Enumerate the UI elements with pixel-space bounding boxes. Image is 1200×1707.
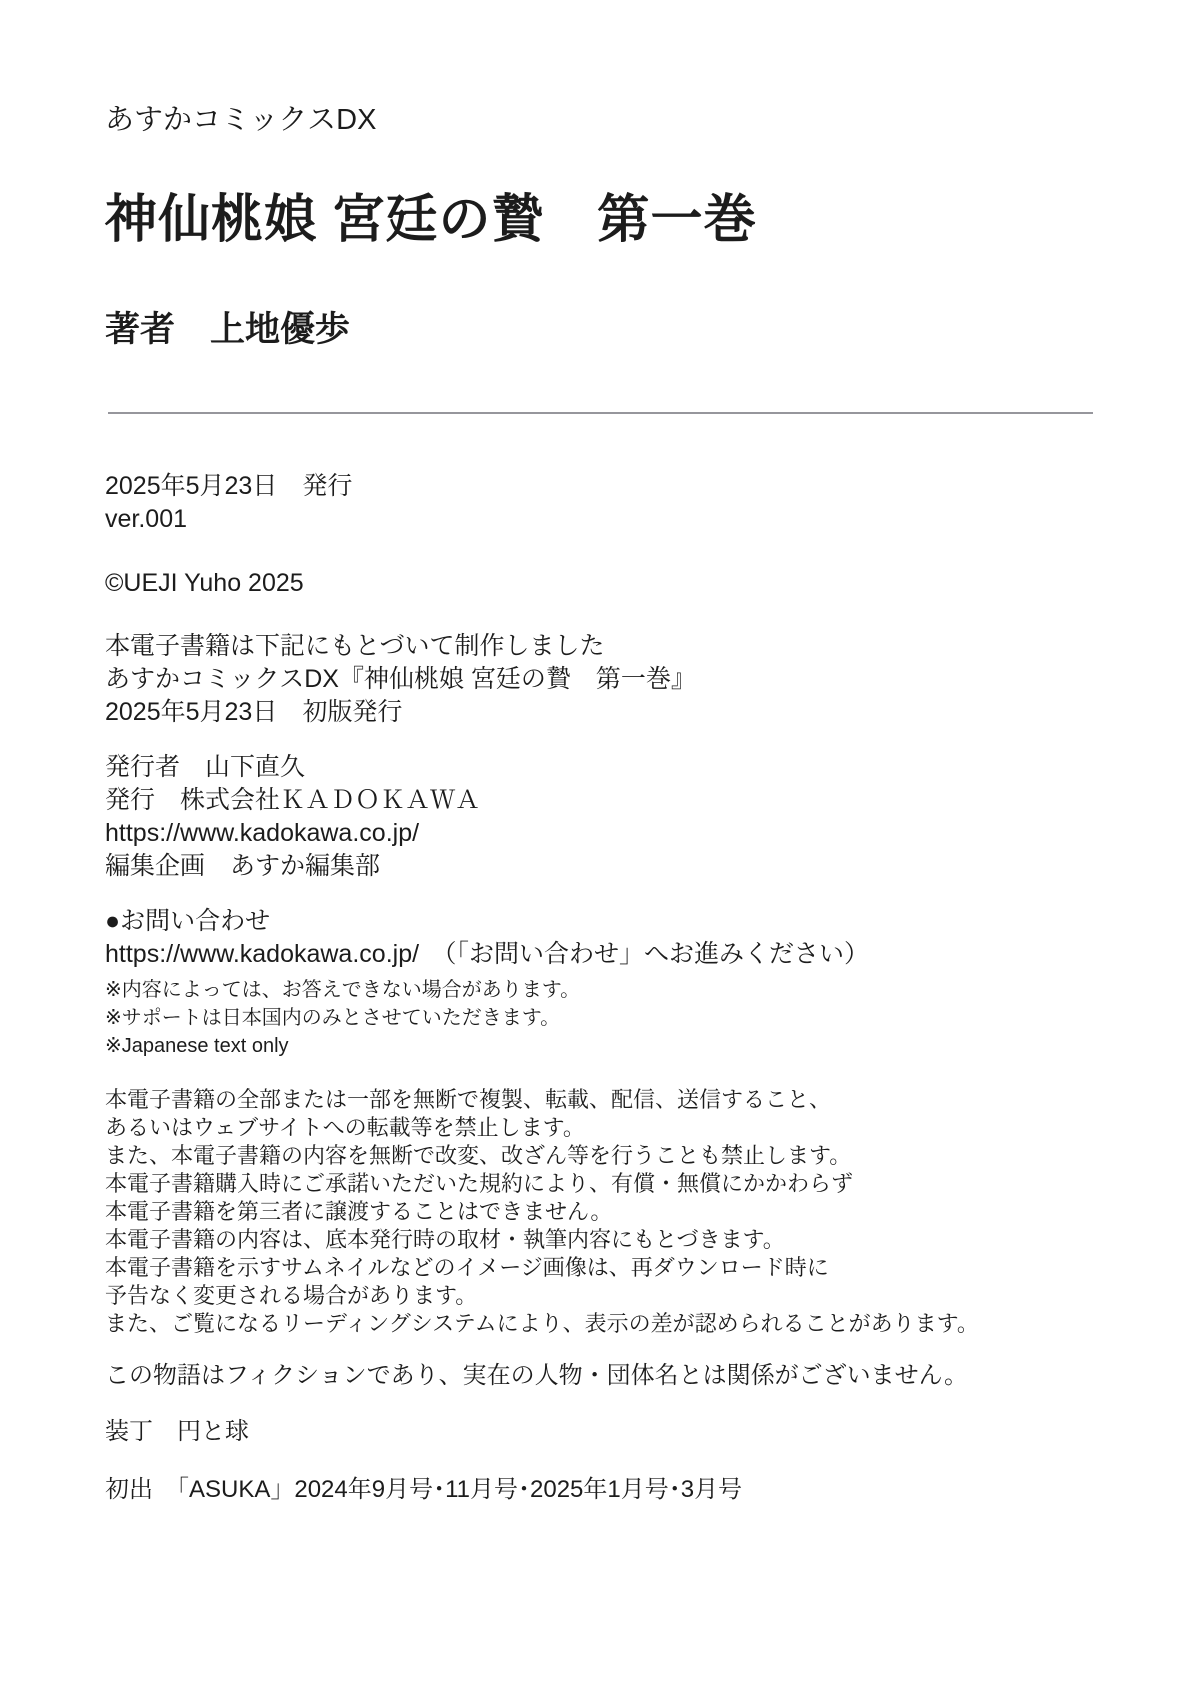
version-line: ver.001	[105, 503, 1095, 536]
imprint-label: あすかコミックスDX	[105, 102, 1095, 140]
rights-line: 本電子書籍を第三者に譲渡することはできません。	[105, 1198, 1095, 1226]
author-line: 著者 上地優歩	[105, 307, 1095, 353]
publisher-block: 発行者 山下直久 発行 株式会社ＫＡＤＯＫＡＷＡ https://www.kad…	[105, 751, 1095, 883]
contact-heading: ●お問い合わせ	[105, 905, 1095, 938]
issue-block: 2025年5月23日 発行 ver.001	[105, 470, 1095, 536]
fiction-disclaimer: この物語はフィクションであり、実在の人物・団体名とは関係がございません。	[105, 1360, 1095, 1392]
source-note-block: 本電子書籍は下記にもとづいて制作しました あすかコミックスDX『神仙桃娘 宮廷の…	[105, 630, 1095, 729]
copyright-line: ©UEJI Yuho 2025	[105, 567, 1095, 600]
rights-line: また、ご覧になるリーディングシステムにより、表示の差が認められることがあります。	[105, 1310, 1095, 1338]
divider-rule	[108, 412, 1093, 414]
rights-line: あるいはウェブサイトへの転載等を禁止します。	[105, 1114, 1095, 1142]
editorial-dept-line: 編集企画 あすか編集部	[105, 850, 1095, 883]
contact-note-1: ※内容によっては、お答えできない場合があります。	[105, 976, 1095, 1004]
issue-date-line: 2025年5月23日 発行	[105, 470, 1095, 503]
design-credit: 装丁 円と球	[105, 1416, 1095, 1448]
contact-block: ●お問い合わせ https://www.kadokawa.co.jp/ （「お問…	[105, 905, 1095, 1060]
source-note-line3: 2025年5月23日 初版発行	[105, 696, 1095, 729]
contact-note-2: ※サポートは日本国内のみとさせていただきます。	[105, 1004, 1095, 1032]
rights-line: 本電子書籍を示すサムネイルなどのイメージ画像は、再ダウンロード時に	[105, 1254, 1095, 1282]
rights-line: 本電子書籍の内容は、底本発行時の取材・執筆内容にもとづきます。	[105, 1226, 1095, 1254]
first-publication-line: 初出 「ASUKA」2024年9月号･11月号･2025年1月号･3月号	[105, 1474, 1095, 1506]
rights-line: 本電子書籍の全部または一部を無断で複製、転載、配信、送信すること、	[105, 1086, 1095, 1114]
rights-line: 予告なく変更される場合があります。	[105, 1282, 1095, 1310]
book-title: 神仙桃娘 宮廷の贄 第一巻	[105, 188, 1095, 253]
source-note-line1: 本電子書籍は下記にもとづいて制作しました	[105, 630, 1095, 663]
contact-notes: ※内容によっては、お答えできない場合があります。 ※サポートは日本国内のみとさせ…	[105, 976, 1095, 1060]
rights-line: また、本電子書籍の内容を無断で改変、改ざん等を行うことも禁止します。	[105, 1142, 1095, 1170]
copyright-block: ©UEJI Yuho 2025	[105, 567, 1095, 600]
publisher-url-line: https://www.kadokawa.co.jp/	[105, 817, 1095, 850]
contact-note-3: ※Japanese text only	[105, 1032, 1095, 1060]
rights-notice-block: 本電子書籍の全部または一部を無断で複製、転載、配信、送信すること、 あるいはウェ…	[105, 1086, 1095, 1338]
rights-line: 本電子書籍購入時にご承諾いただいた規約により、有償・無償にかかわらず	[105, 1170, 1095, 1198]
contact-url-line: https://www.kadokawa.co.jp/ （「お問い合わせ」へお進…	[105, 938, 1095, 971]
publisher-company-line: 発行 株式会社ＫＡＤＯＫＡＷＡ	[105, 784, 1095, 817]
colophon-page: あすかコミックスDX 神仙桃娘 宮廷の贄 第一巻 著者 上地優歩 2025年5月…	[0, 0, 1200, 1707]
publisher-person-line: 発行者 山下直久	[105, 751, 1095, 784]
source-note-line2: あすかコミックスDX『神仙桃娘 宮廷の贄 第一巻』	[105, 663, 1095, 696]
